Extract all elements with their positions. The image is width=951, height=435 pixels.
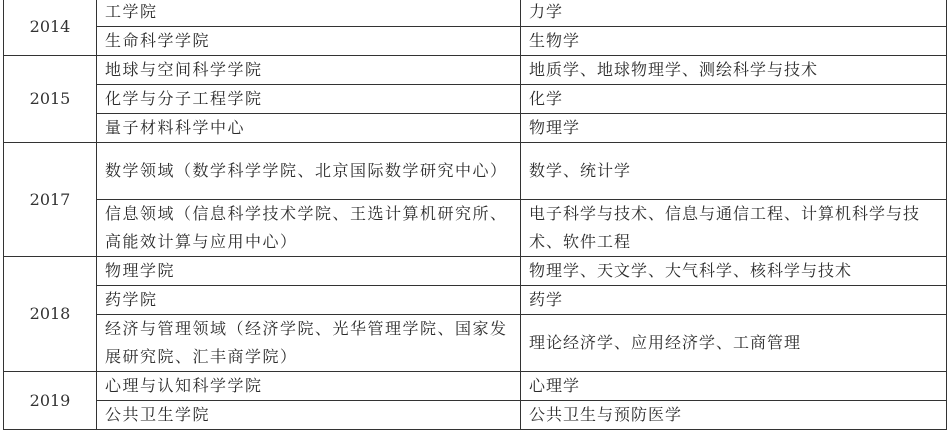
year-cell: 2019 xyxy=(4,372,97,430)
discipline-cell: 药学 xyxy=(521,286,947,315)
unit-cell: 量子材料科学中心 xyxy=(97,114,521,143)
discipline-cell: 生物学 xyxy=(521,27,947,56)
unit-cell: 化学与分子工程学院 xyxy=(97,85,521,114)
unit-cell: 心理与认知科学学院 xyxy=(97,372,521,401)
year-cell: 2014 xyxy=(4,0,97,56)
table-row: 生命科学学院 生物学 xyxy=(4,27,947,56)
discipline-cell: 心理学 xyxy=(521,372,947,401)
table-row: 2019 心理与认知科学学院 心理学 xyxy=(4,372,947,401)
discipline-cell: 力学 xyxy=(521,0,947,27)
table-row: 量子材料科学中心 物理学 xyxy=(4,114,947,143)
year-cell: 2018 xyxy=(4,257,97,372)
discipline-cell: 地质学、地球物理学、测绘科学与技术 xyxy=(521,56,947,85)
discipline-cell: 化学 xyxy=(521,85,947,114)
unit-cell: 公共卫生学院 xyxy=(97,401,521,430)
year-cell: 2017 xyxy=(4,143,97,257)
discipline-cell: 公共卫生与预防医学 xyxy=(521,401,947,430)
discipline-cell: 物理学、天文学、大气科学、核科学与技术 xyxy=(521,257,947,286)
unit-cell: 数学领域（数学科学学院、北京国际数学研究中心） xyxy=(97,143,521,200)
table-row: 药学院 药学 xyxy=(4,286,947,315)
unit-cell: 药学院 xyxy=(97,286,521,315)
table-row: 公共卫生学院 公共卫生与预防医学 xyxy=(4,401,947,430)
table-row: 信息领域（信息科学技术学院、王选计算机研究所、高能效计算与应用中心） 电子科学与… xyxy=(4,200,947,257)
unit-cell: 物理学院 xyxy=(97,257,521,286)
evaluation-table: 2014 工学院 力学 生命科学学院 生物学 2015 地球与空间科学学院 地质… xyxy=(3,0,947,430)
table-row: 化学与分子工程学院 化学 xyxy=(4,85,947,114)
table-row: 2018 物理学院 物理学、天文学、大气科学、核科学与技术 xyxy=(4,257,947,286)
year-cell: 2015 xyxy=(4,56,97,143)
discipline-cell: 理论经济学、应用经济学、工商管理 xyxy=(521,315,947,372)
table-row: 2017 数学领域（数学科学学院、北京国际数学研究中心） 数学、统计学 xyxy=(4,143,947,200)
table-row: 经济与管理领域（经济学院、光华管理学院、国家发展研究院、汇丰商学院） 理论经济学… xyxy=(4,315,947,372)
table-row: 2015 地球与空间科学学院 地质学、地球物理学、测绘科学与技术 xyxy=(4,56,947,85)
table-row: 2014 工学院 力学 xyxy=(4,0,947,27)
unit-cell: 经济与管理领域（经济学院、光华管理学院、国家发展研究院、汇丰商学院） xyxy=(97,315,521,372)
unit-cell: 工学院 xyxy=(97,0,521,27)
unit-cell: 地球与空间科学学院 xyxy=(97,56,521,85)
discipline-cell: 物理学 xyxy=(521,114,947,143)
discipline-cell: 电子科学与技术、信息与通信工程、计算机科学与技术、软件工程 xyxy=(521,200,947,257)
unit-cell: 生命科学学院 xyxy=(97,27,521,56)
unit-cell: 信息领域（信息科学技术学院、王选计算机研究所、高能效计算与应用中心） xyxy=(97,200,521,257)
discipline-cell: 数学、统计学 xyxy=(521,143,947,200)
